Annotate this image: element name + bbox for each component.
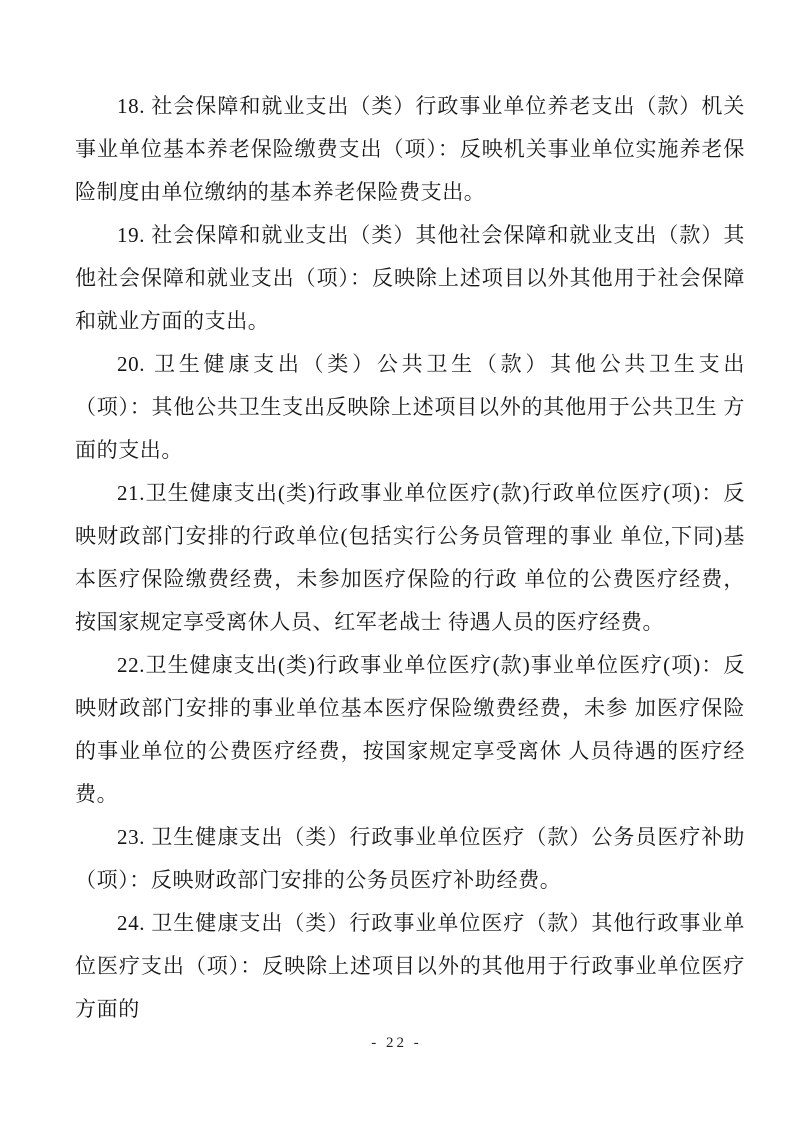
paragraph-19: 19. 社会保障和就业支出（类）其他社会保障和就业支出（款）其他社会保障和就业支… bbox=[75, 214, 745, 343]
paragraph-24: 24. 卫生健康支出（类）行政事业单位医疗（款）其他行政事业单位医疗支出（项）：… bbox=[75, 902, 745, 1031]
document-page: 18. 社会保障和就业支出（类）行政事业单位养老支出（款）机关事业单位基本养老保… bbox=[0, 0, 793, 1122]
page-footer: - 22 - bbox=[0, 1034, 793, 1052]
paragraph-20: 20. 卫生健康支出（类）公共卫生（款）其他公共卫生支出（项）：其他公共卫生支出… bbox=[75, 343, 745, 472]
paragraph-18: 18. 社会保障和就业支出（类）行政事业单位养老支出（款）机关事业单位基本养老保… bbox=[75, 85, 745, 214]
page-number: - 22 - bbox=[371, 1035, 422, 1051]
paragraph-22: 22.卫生健康支出(类)行政事业单位医疗(款)事业单位医疗(项)：反映财政部门安… bbox=[75, 644, 745, 816]
paragraph-21: 21.卫生健康支出(类)行政事业单位医疗(款)行政单位医疗(项)：反映财政部门安… bbox=[75, 472, 745, 644]
document-body: 18. 社会保障和就业支出（类）行政事业单位养老支出（款）机关事业单位基本养老保… bbox=[75, 85, 745, 1031]
paragraph-23: 23. 卫生健康支出（类）行政事业单位医疗（款）公务员医疗补助（项）：反映财政部… bbox=[75, 816, 745, 902]
